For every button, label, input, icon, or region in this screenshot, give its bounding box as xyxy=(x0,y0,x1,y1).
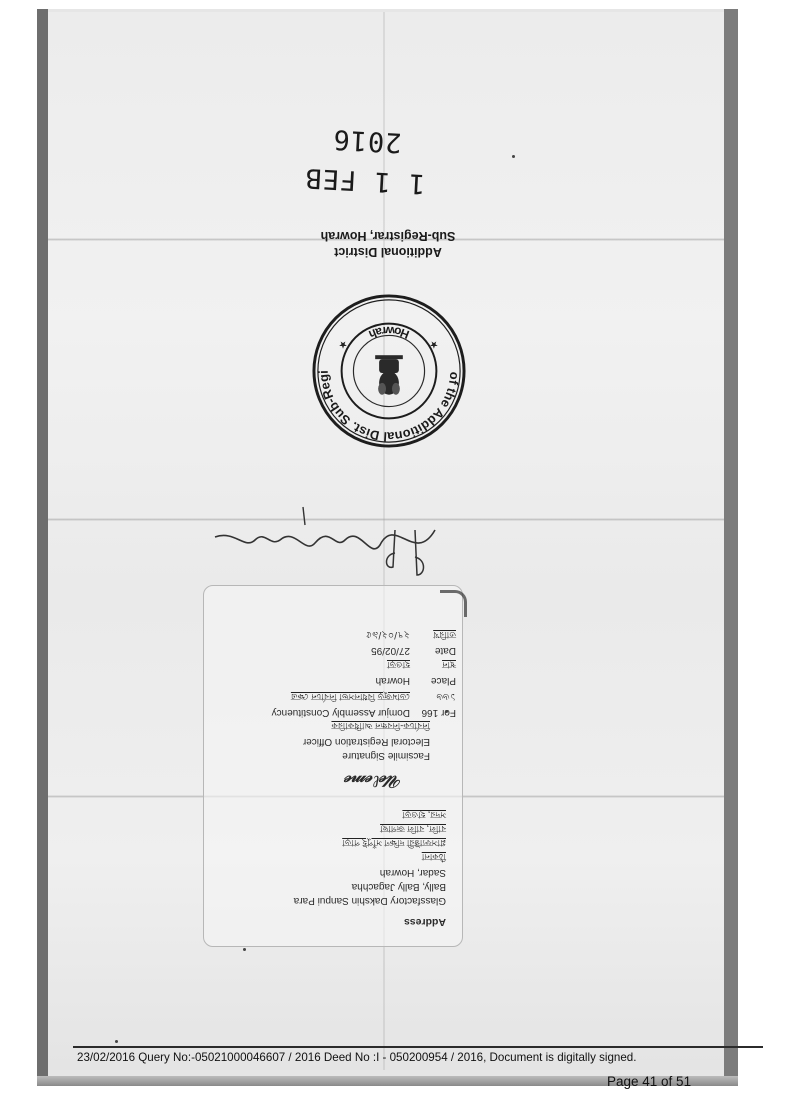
card-corner-shadow xyxy=(440,590,467,617)
scan-speck xyxy=(445,710,448,713)
scan-speck xyxy=(115,1040,118,1043)
place-value: Howrah xyxy=(376,675,410,686)
date-value: 27/02/95 xyxy=(371,645,410,656)
address-line-3: Sadar, Howrah xyxy=(380,867,446,878)
scan-speck xyxy=(512,155,515,158)
place-label: Place xyxy=(431,675,456,686)
registrar-line1: Additional District xyxy=(288,244,488,260)
officer-bn-label: নির্বাচক-নিবন্ধন আধিকারিক xyxy=(331,718,430,733)
registrar-block: Additional District Sub-Registrar, Howra… xyxy=(288,218,488,260)
voter-id-card: Address Glassfactory Dakshin Sanpui Para… xyxy=(203,585,463,947)
address-bn-line-1: গ্লাসফ্যাক্টরী দক্ষিণ সাঁপুই পাড়া xyxy=(342,835,446,850)
constituency-bn: ডোমজুড় বিধানসভা নির্বাচন ক্ষেত্র xyxy=(291,689,410,704)
for-bn-label: ১৬৬ xyxy=(437,687,457,704)
date-bn-label: তারিখ xyxy=(433,627,456,642)
address-line-2: Bally, Bally Jagachha xyxy=(352,881,446,892)
handwritten-signature-icon xyxy=(195,505,455,585)
address-bn-label: ঠিকানা xyxy=(422,849,446,864)
date-label: Date xyxy=(435,645,456,656)
svg-text:★: ★ xyxy=(339,338,348,349)
footer-query-text: 23/02/2016 Query No:-05021000046607 / 20… xyxy=(77,1051,636,1064)
facsimile-signature-label: Facsimile Signature xyxy=(342,750,430,761)
constituency: Domjur Assembly Constituency xyxy=(272,707,410,718)
svg-text:★: ★ xyxy=(429,338,438,349)
officer-label: Electoral Registration Officer xyxy=(303,736,430,747)
date-bn-value: ২৭/০২/৯৫ xyxy=(365,625,410,642)
page-number: Page 41 of 51 xyxy=(607,1074,691,1089)
registrar-seal: Seal of the Additional Dist. Sub-Registr… xyxy=(310,292,468,450)
place-bn-label: স্থান xyxy=(442,657,456,672)
svg-text:Howrah: Howrah xyxy=(367,324,411,342)
address-bn-line-3: সদর, হাওড়া xyxy=(402,807,446,822)
facsimile-signature-mark: 𝒰ℯℓℯ𝓂ℯ xyxy=(345,771,402,791)
signature xyxy=(195,505,455,585)
place-bn-value: হাওড়া xyxy=(387,657,410,672)
seal-icon: Seal of the Additional Dist. Sub-Registr… xyxy=(310,292,468,450)
address-label: Address xyxy=(404,916,446,928)
for-label: For 166 xyxy=(422,707,456,718)
footer-rule xyxy=(73,1046,763,1048)
scan-speck xyxy=(243,948,246,951)
address-bn-line-2: বালি, বালি জগাছা xyxy=(380,821,446,836)
state-emblem-icon xyxy=(375,355,403,395)
registrar-line2: Sub-Registrar, Howrah xyxy=(288,228,488,244)
address-line-1: Glassfactory Dakshin Sanpui Para xyxy=(294,895,446,906)
scan-edge-left xyxy=(37,9,48,1086)
scan-edge-right xyxy=(724,9,738,1086)
